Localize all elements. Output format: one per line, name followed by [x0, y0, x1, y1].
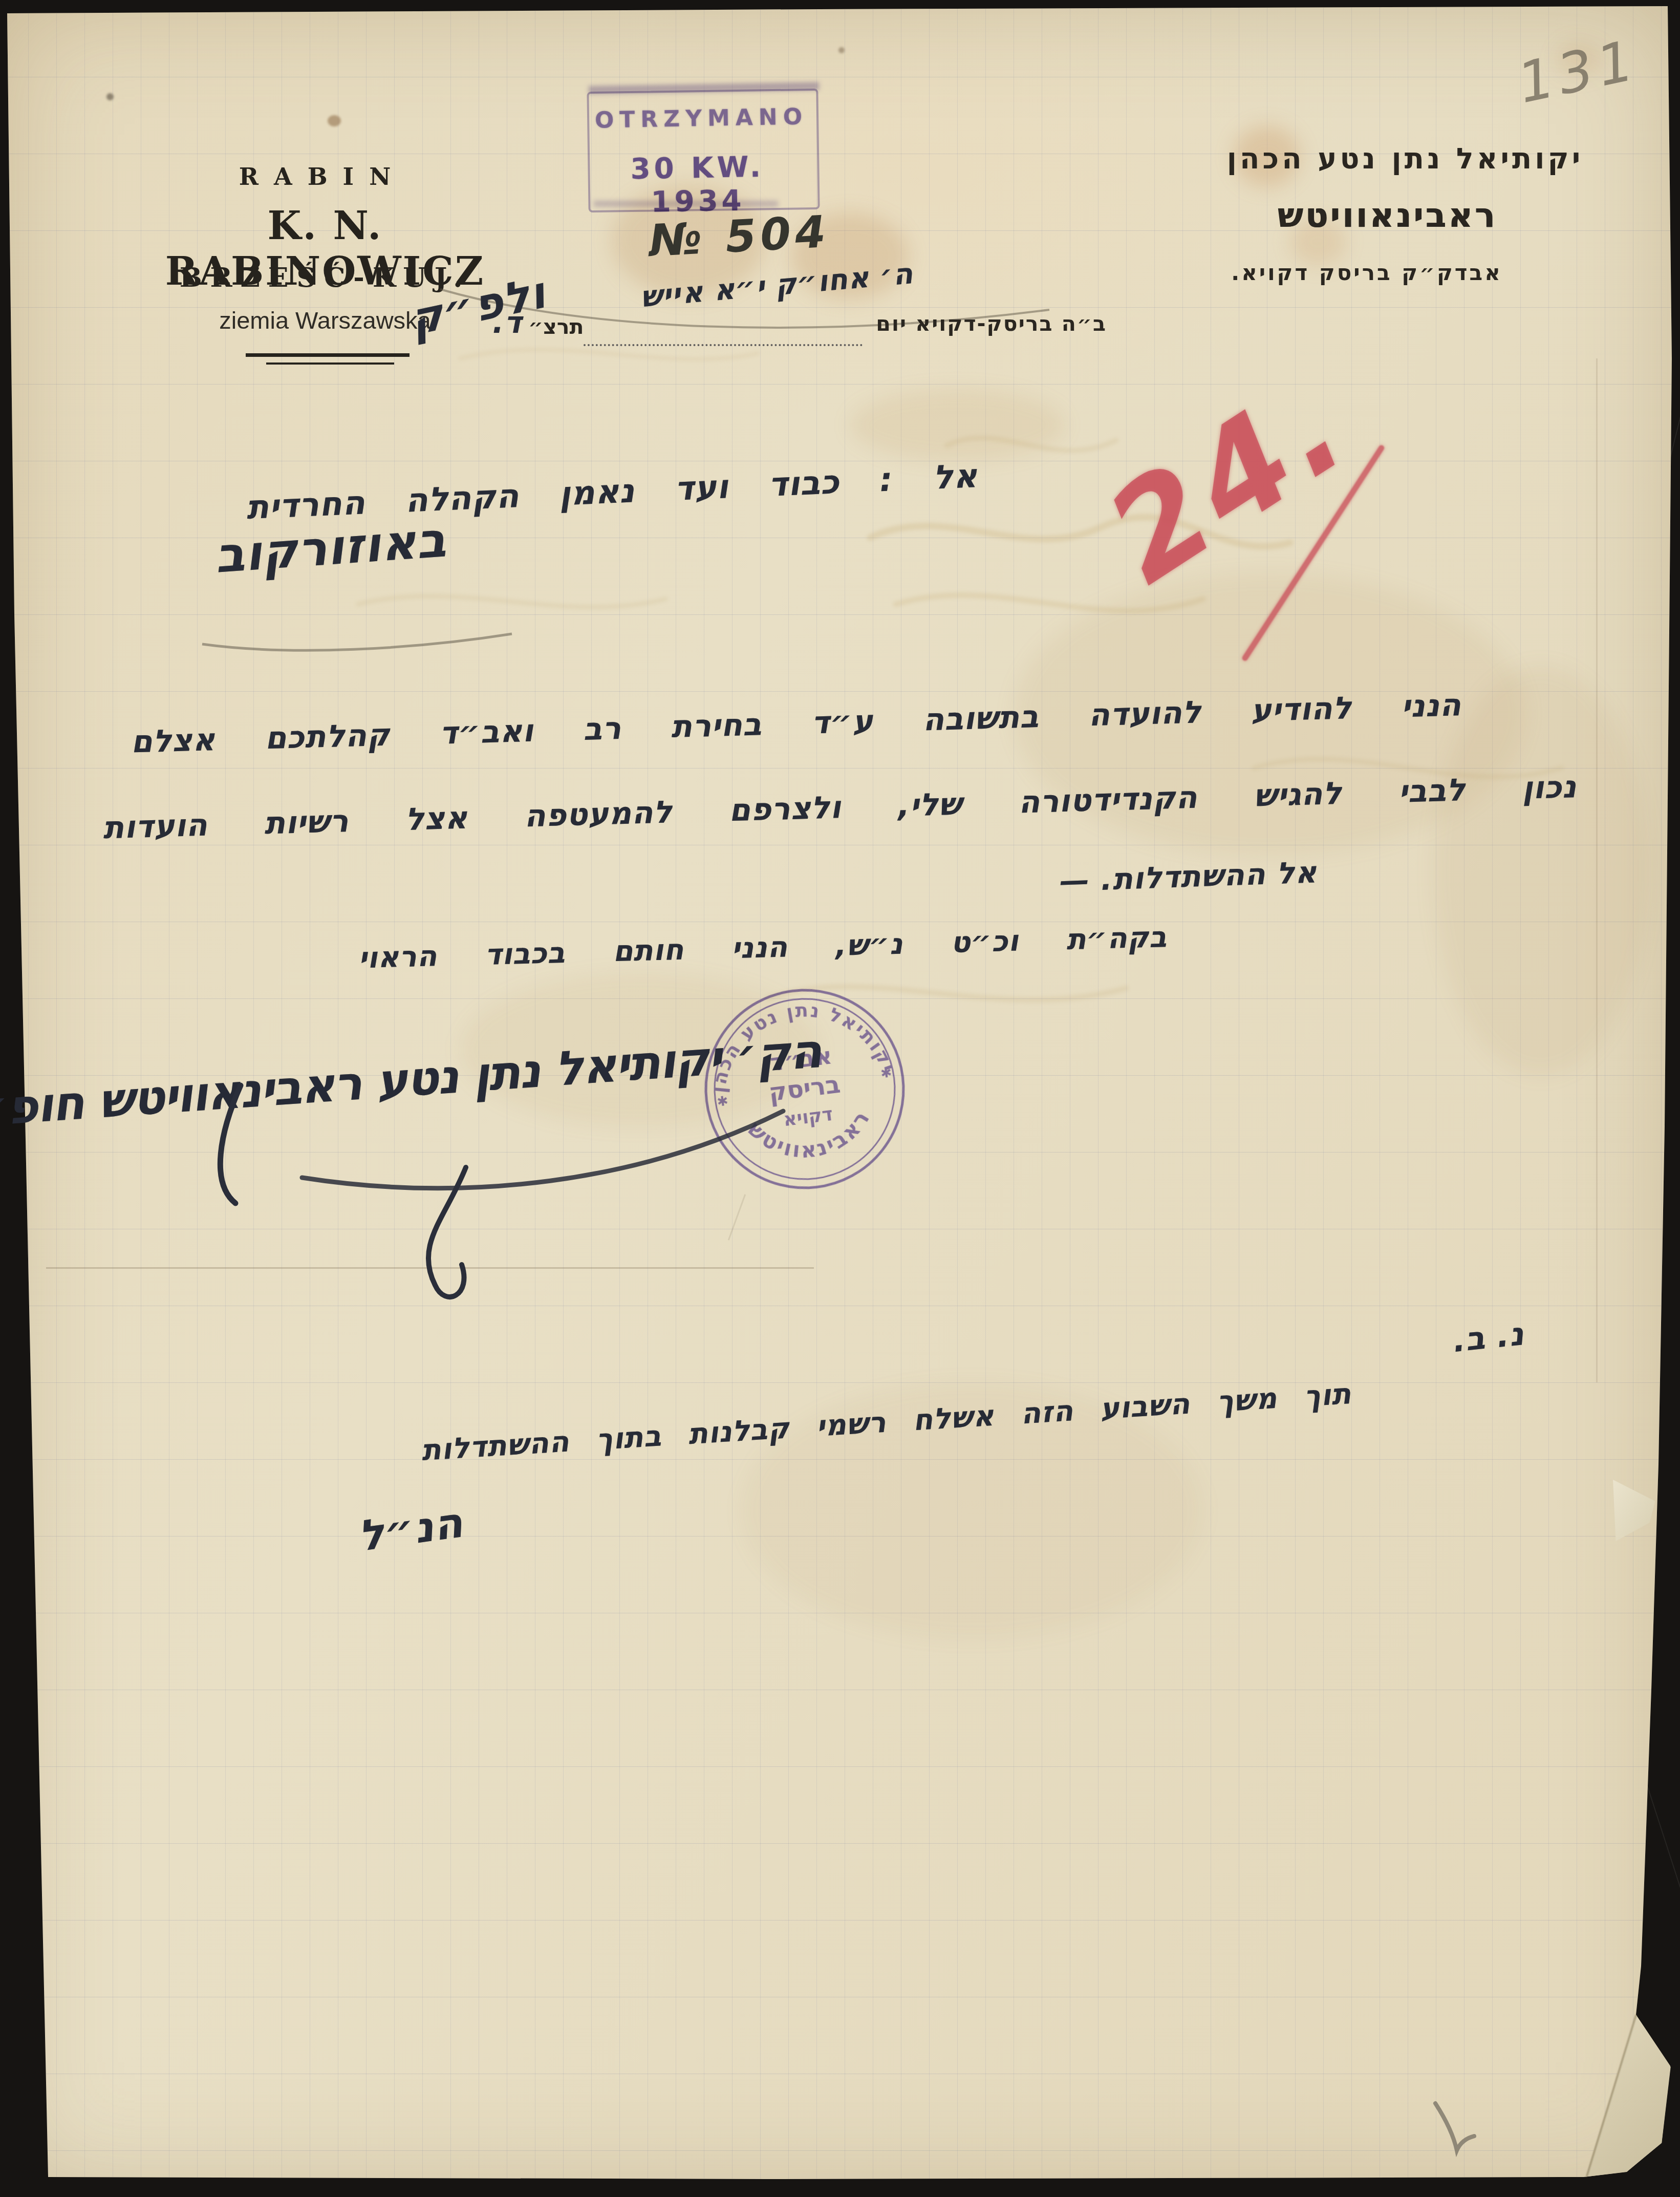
letterhead-title: RABIN — [174, 163, 471, 190]
scanned-letter-page: RABIN K. N. RABINOWICZ BRZEŚĆ-KUJ. ziemi… — [0, 0, 1680, 2197]
letterhead-hebrew-surname: ראבינאוויטש — [1229, 196, 1546, 235]
postscript-label: נ. ב. — [1451, 1315, 1526, 1359]
letterhead-hebrew-title: אבדק״ק בריסק דקויא. — [1218, 260, 1515, 285]
letterhead-hebrew-name: יקותיאל נתן נטע הכהן — [1188, 142, 1623, 176]
date-printed-prefix: ב״ה בריסק-דקויא יום — [856, 311, 1107, 336]
reference-number: № 504 — [648, 206, 831, 267]
received-stamp-word: OTRZYMANO — [593, 103, 810, 133]
